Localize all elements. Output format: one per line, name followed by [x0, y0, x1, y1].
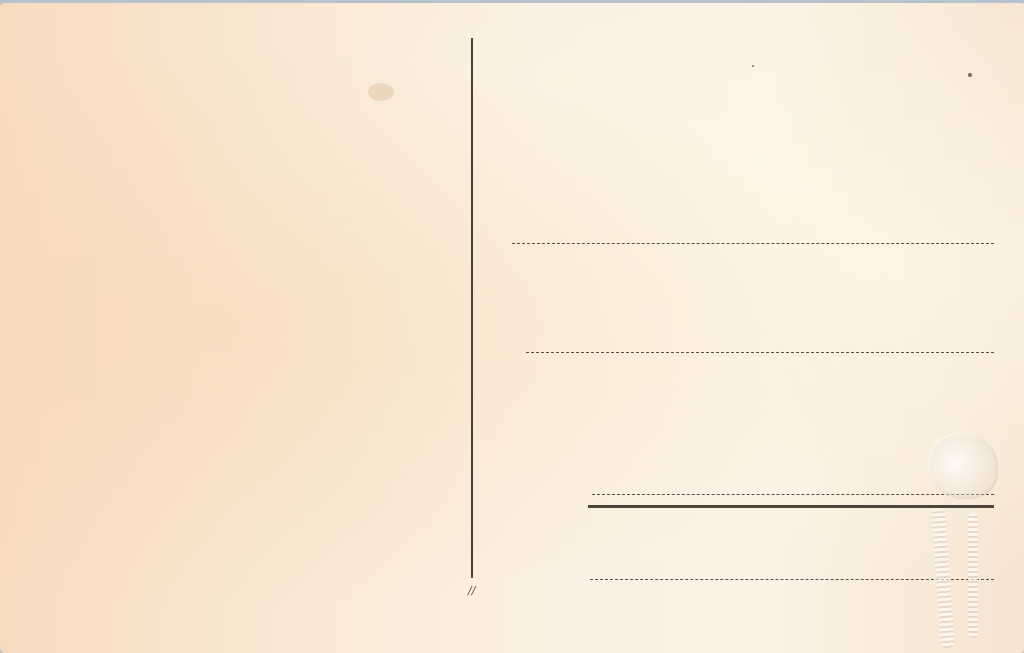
divider-mark: // — [468, 584, 475, 597]
address-line-3 — [592, 494, 994, 495]
embossed-seal-icon — [928, 433, 998, 499]
postcard-back: // — [0, 3, 1024, 653]
address-underline — [588, 505, 994, 508]
address-line-2 — [526, 352, 994, 353]
embossed-publisher-text — [968, 513, 978, 638]
embossed-signature — [931, 508, 955, 649]
address-line-1 — [512, 243, 994, 244]
address-line-4 — [590, 579, 994, 580]
paper-speck — [968, 73, 972, 77]
paper-smudge — [368, 83, 394, 101]
paper-speck — [752, 65, 754, 67]
center-divider-line — [471, 38, 473, 578]
